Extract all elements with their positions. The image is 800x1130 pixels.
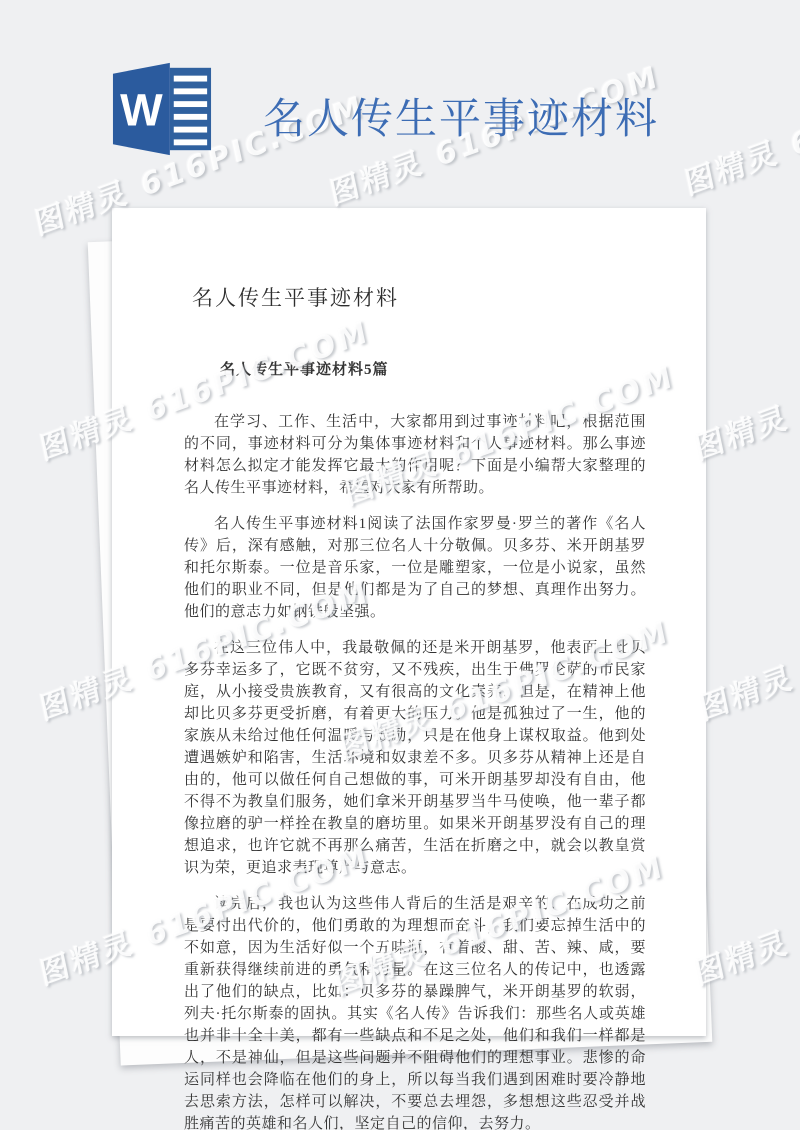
word-icon: W: [108, 58, 216, 160]
word-icon-letter: W: [120, 85, 163, 136]
watermark-text: 图精灵 616PIC.COM: [695, 566, 800, 729]
page-background: 名人传生平事迹材料 名人传生平事迹材料5篇 在学习、工作、生活中，大家都用到过事…: [0, 0, 800, 1130]
document-paragraph: 名人传生平事迹材料1阅读了法国作家罗曼·罗兰的著作《名人传》后，深有感触，对那三…: [184, 513, 646, 623]
page-title: 名人传生平事迹材料: [263, 86, 659, 146]
document-title: 名人传生平事迹材料: [192, 282, 646, 312]
document-paragraph: 读完后，我也认为这些伟人背后的生活是艰辛的，在成功之前是要付出代价的，他们勇敢的…: [184, 893, 646, 1130]
watermark-text: 图精灵 616PIC.COM: [680, 41, 800, 204]
document-page: 名人传生平事迹材料 名人传生平事迹材料5篇 在学习、工作、生活中，大家都用到过事…: [112, 208, 706, 1036]
document-paragraph: 在学习、工作、生活中，大家都用到过事迹材料吧，根据范围的不同，事迹材料可分为集体…: [184, 411, 646, 499]
watermark-text: 图精灵 616PIC.COM: [690, 306, 800, 469]
document-paragraph: 在这三位伟人中，我最敬佩的还是米开朗基罗，他表面上比贝多芬幸运多了，它既不贫穷，…: [184, 637, 646, 879]
document-subtitle: 名人传生平事迹材料5篇: [220, 358, 646, 379]
